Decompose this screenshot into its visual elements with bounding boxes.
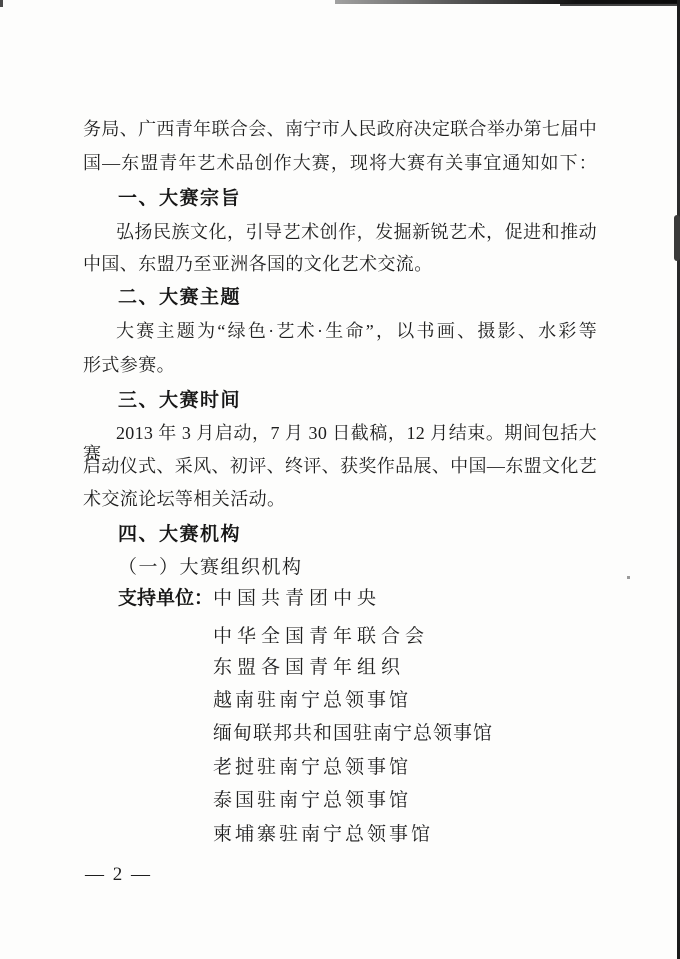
paragraph-line: 务局、广西青年联合会、南宁市人民政府决定联合举办第七届中 bbox=[83, 119, 597, 140]
paragraph-line: 大赛主题为“绿色·艺术·生命”，以书画、摄影、水彩等 bbox=[83, 321, 597, 342]
paragraph-line: 术交流论坛等相关活动。 bbox=[83, 489, 285, 510]
section-heading-4: 四、大赛机构 bbox=[118, 524, 241, 546]
support-unit: 中华全国青年联合会 bbox=[213, 626, 429, 648]
section-heading-3: 三、大赛时间 bbox=[118, 390, 241, 412]
support-unit: 东盟各国青年组织 bbox=[213, 657, 405, 679]
support-unit: 泰国驻南宁总领事馆 bbox=[213, 790, 411, 812]
support-unit: 中国共青团中央 bbox=[213, 588, 381, 609]
paragraph-line: 弘扬民族文化，引导艺术创作，发掘新锐艺术，促进和推动 bbox=[83, 222, 597, 243]
support-unit: 缅甸联邦共和国驻南宁总领事馆 bbox=[213, 723, 493, 745]
scan-artifact-topleft-tick bbox=[0, 0, 3, 7]
scanned-document-page: 务局、广西青年联合会、南宁市人民政府决定联合举办第七届中 国—东盟青年艺术品创作… bbox=[0, 0, 680, 959]
section-heading-2: 二、大赛主题 bbox=[118, 287, 241, 309]
page-number: — 2 — bbox=[85, 864, 152, 886]
paragraph-line: 形式参赛。 bbox=[83, 355, 175, 376]
support-units-label: 支持单位： bbox=[118, 588, 213, 609]
paragraph-line: 启动仪式、采风、初评、终评、获奖作品展、中国—东盟文化艺 bbox=[83, 456, 597, 477]
support-unit: 越南驻南宁总领事馆 bbox=[213, 690, 411, 712]
paragraph-line: 中国、东盟乃至亚洲各国的文化艺术交流。 bbox=[83, 254, 433, 275]
scan-artifact-right-blob bbox=[674, 215, 680, 261]
scan-artifact-top-edge-dark bbox=[560, 3, 680, 6]
section-subheading: （一）大赛组织机构 bbox=[118, 557, 303, 579]
section-heading-1: 一、大赛宗旨 bbox=[118, 188, 241, 210]
support-unit: 柬埔寨驻南宁总领事馆 bbox=[213, 824, 433, 846]
scan-artifact-speck bbox=[627, 576, 630, 579]
paragraph-line: 国—东盟青年艺术品创作大赛，现将大赛有关事宜通知如下： bbox=[83, 153, 597, 174]
support-unit: 老挝驻南宁总领事馆 bbox=[213, 757, 411, 779]
scan-artifact-top-edge bbox=[335, 0, 680, 4]
support-units-first-row: 支持单位：中国共青团中央 bbox=[118, 588, 381, 610]
